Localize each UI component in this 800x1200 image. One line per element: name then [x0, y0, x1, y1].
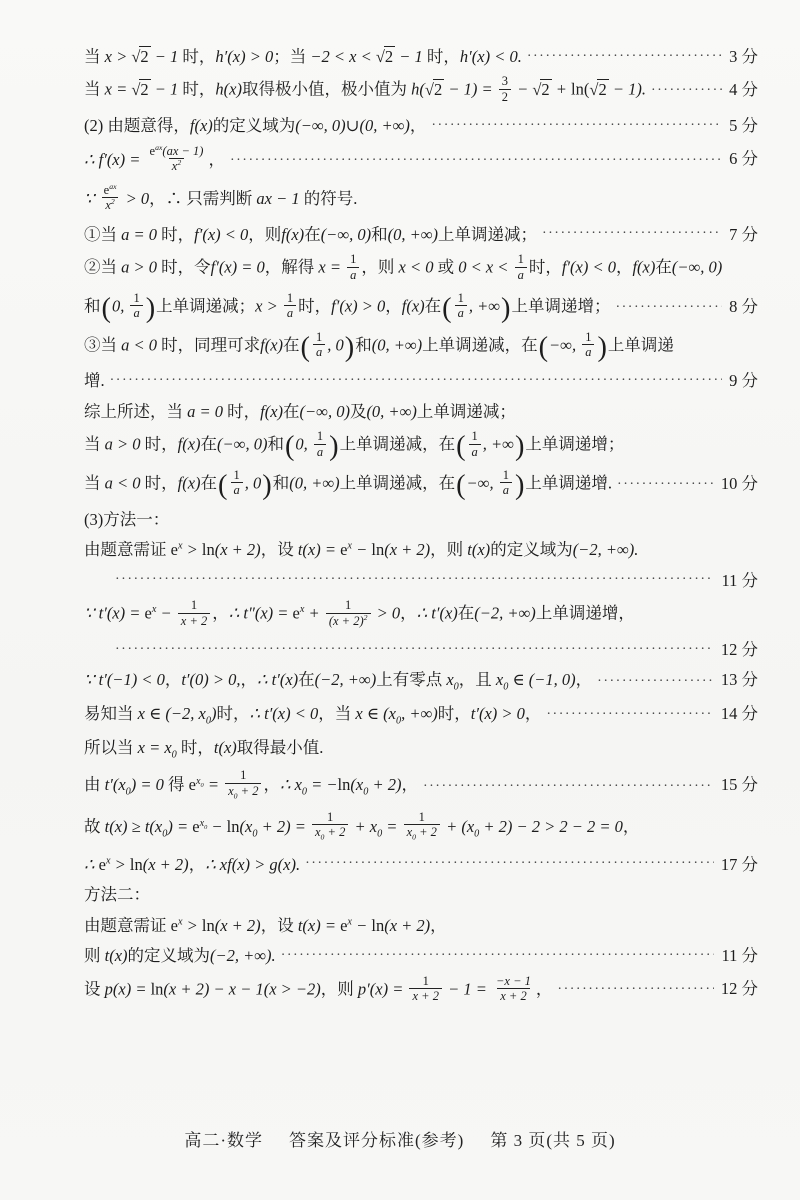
text-run: (0, +∞): [289, 474, 339, 493]
text-run: a < 0: [121, 335, 157, 354]
text-run: 1: [503, 468, 509, 482]
text-run: a: [472, 445, 478, 459]
text-run: ，: [430, 916, 447, 935]
dot-leader: ········································…: [615, 299, 722, 317]
text-run: ，∴ 只需判断: [149, 189, 256, 208]
answer-line: ∴ ex > ln(x + 2)，∴ xf(x) > g(x).········…: [84, 854, 758, 875]
dot-leader: ········································…: [617, 476, 714, 494]
text-run: ∴ x: [280, 775, 302, 794]
text-run: 的符号.: [300, 189, 358, 208]
text-run: −∞,: [549, 335, 580, 354]
text-run: ) =: [167, 817, 192, 836]
dot-leader: ········································…: [542, 225, 722, 243]
line-content: 当 a < 0 时，f(x)在(1a, 0)和(0, +∞)上单调递减，在(−∞…: [84, 470, 612, 500]
dot-leader: ········································…: [423, 778, 714, 796]
answer-line: 所以当 x = x0 时，t(x)取得最小值.: [84, 737, 758, 762]
fraction: 1a: [515, 252, 527, 282]
answer-line: 由题意需证 ex > ln(x + 2)，设 t(x) = ex − ln(x …: [84, 915, 758, 936]
text-run: 时，: [182, 80, 215, 99]
text-run: h′(x) > 0: [215, 47, 273, 66]
text-run: ①当: [84, 225, 121, 244]
text-run: t′(0) > 0,: [181, 670, 240, 689]
big-paren: (: [300, 332, 311, 363]
superscript: ax: [109, 182, 116, 191]
text-run: , +∞): [401, 704, 438, 723]
footer-course: 高二·数学: [184, 1131, 263, 1150]
answer-line: 设 p(x) = ln(x + 2) − x − 1(x > −2)，则 p′(…: [84, 976, 758, 1006]
score-label: 13 分: [719, 669, 758, 690]
answer-line: 当 x = √2 − 1 时，h(x)取得极小值，极小值为 h(√2 − 1) …: [84, 76, 758, 106]
text-run: ∴ t″(x) =: [229, 604, 293, 623]
text-run: 1: [423, 974, 429, 988]
line-content: 当 a > 0 时，f(x)在(−∞, 0)和(0, 1a)上单调递减，在(1a…: [84, 431, 624, 461]
page-footer: 高二·数学答案及评分标准(参考)第 3 页(共 5 页): [0, 1126, 800, 1151]
text-run: 综上所述，当: [84, 402, 187, 421]
text-run: ，设: [261, 540, 298, 559]
text-run: a < 0: [105, 474, 141, 493]
line-content: 当 x > √2 − 1 时，h′(x) > 0；当 −2 < x < √2 −…: [84, 46, 522, 67]
text-run: (2) 由题意得，: [84, 116, 190, 135]
text-run: ∴ xf(x) > g(x).: [205, 855, 300, 874]
text-run: + 2): [368, 775, 401, 794]
text-run: f′(x) > 0: [331, 297, 385, 316]
text-run: 时，: [223, 402, 260, 421]
big-paren: ): [596, 332, 607, 363]
text-run: 由: [84, 775, 105, 794]
text-run: > 0: [122, 189, 150, 208]
text-run: , 0: [327, 335, 344, 354]
text-run: 上单调递减；: [417, 402, 516, 421]
text-run: ，则: [361, 258, 398, 277]
line-content: 由题意需证 ex > ln(x + 2)，设 t(x) = ex − ln(x …: [84, 539, 638, 560]
text-run: (x + 2): [215, 916, 261, 935]
text-run: 1: [327, 810, 333, 824]
text-run: 的定义域为: [213, 116, 296, 135]
score-label: 15 分: [719, 774, 758, 795]
text-run: e: [171, 540, 178, 559]
text-run: ，且: [459, 670, 496, 689]
text-run: 时，: [177, 738, 214, 757]
text-run: 1: [518, 252, 524, 266]
text-run: 1: [317, 429, 323, 443]
text-run: x =: [318, 258, 345, 277]
score-label: 9 分: [727, 370, 758, 391]
score-label: 4 分: [727, 79, 758, 100]
big-paren: (: [538, 332, 549, 363]
text-run: 1: [350, 252, 356, 266]
text-run: h(x): [215, 80, 242, 99]
text-run: − 1) =: [444, 80, 497, 99]
text-run: f(x): [178, 435, 201, 454]
text-run: ∴: [84, 855, 99, 874]
line-content: (2) 由题意得，f(x)的定义域为(−∞, 0)∪(0, +∞)，: [84, 115, 426, 136]
text-run: − 1: [151, 80, 183, 99]
text-run: 的定义域为: [128, 946, 211, 965]
text-run: (3)方法一：: [84, 510, 169, 529]
text-run: (−2, +∞): [315, 670, 377, 689]
text-run: (−∞, 0): [217, 435, 267, 454]
text-run: e: [171, 916, 178, 935]
text-run: ∴ t′(x): [257, 670, 298, 689]
text-run: (x: [240, 817, 253, 836]
line-content: ∵ eaxx2 > 0，∴ 只需判断 ax − 1 的符号.: [84, 185, 357, 215]
text-run: −: [207, 817, 226, 836]
text-run: 由题意需证: [84, 916, 171, 935]
text-run: 上单调递增；: [511, 297, 610, 316]
text-run: + 2: [324, 825, 345, 839]
fraction: 1x + 2: [409, 974, 441, 1004]
text-run: 所以当: [84, 738, 138, 757]
text-run: 时，: [182, 47, 215, 66]
answer-line: 故 t(x) ≥ t(x0) = ex0 − ln(x0 + 2) = 1x0 …: [84, 812, 758, 845]
text-run: (−∞, 0): [672, 258, 722, 277]
text-run: x + 2: [412, 989, 438, 1003]
dot-leader: ········································…: [115, 641, 714, 659]
text-run: 时，: [157, 225, 194, 244]
text-run: 在: [283, 335, 300, 354]
text-run: 和: [267, 435, 284, 454]
text-run: ln: [151, 979, 164, 998]
superscript: ax: [155, 143, 162, 152]
score-label: 14 分: [719, 703, 758, 724]
text-run: ，: [576, 670, 593, 689]
text-run: ，: [525, 704, 542, 723]
big-paren: ): [344, 332, 355, 363]
text-run: ln: [202, 916, 215, 935]
line-content: ∴ ex > ln(x + 2)，∴ xf(x) > g(x).: [84, 854, 300, 875]
line-content: 易知当 x ∈ (−2, x0)时，∴ t′(x) < 0，当 x ∈ (x0,…: [84, 703, 541, 728]
text-run: 在: [201, 435, 218, 454]
big-paren: (: [455, 431, 466, 462]
text-run: a: [317, 445, 323, 459]
text-run: x < 0: [399, 258, 434, 277]
fraction: eax(ax − 1)x2: [147, 144, 207, 174]
text-run: x >: [105, 47, 132, 66]
text-run: , 0: [245, 474, 262, 493]
text-run: a = 0: [187, 402, 223, 421]
answer-line: ∵ t′(−1) < 0，t′(0) > 0,，∴ t′(x)在(−2, +∞)…: [84, 669, 758, 694]
fraction: 1(x + 2)2: [326, 598, 371, 628]
big-paren: (: [284, 431, 295, 462]
text-run: 当: [84, 474, 105, 493]
answer-line: ②当 a > 0 时，令f′(x) = 0，解得 x = 1a，则 x < 0 …: [84, 254, 758, 284]
text-run: −x − 1: [496, 974, 531, 988]
dot-leader: ········································…: [546, 706, 713, 724]
answer-line: ∴ f′(x) = eax(ax − 1)x2，················…: [84, 146, 758, 176]
text-run: ，解得: [265, 258, 319, 277]
big-paren: ): [514, 431, 525, 462]
text-run: (x + 2): [143, 855, 189, 874]
text-run: 上单调递减，在: [422, 335, 538, 354]
text-run: 0,: [112, 297, 129, 316]
text-run: − 1 =: [444, 979, 491, 998]
line-content: 则 t(x)的定义域为(−2, +∞).: [84, 945, 276, 966]
text-run: 上单调递: [608, 335, 674, 354]
text-run: a > 0: [105, 435, 141, 454]
text-run: 上单调递增，: [536, 604, 635, 623]
text-run: −: [513, 80, 532, 99]
text-run: 取得极小值，极小值为: [242, 80, 411, 99]
text-run: 时，: [298, 297, 331, 316]
answer-body: 当 x > √2 − 1 时，h′(x) > 0；当 −2 < x < √2 −…: [0, 0, 800, 1005]
fraction: 1a: [314, 429, 326, 459]
line-content: ③当 a < 0 时，同理可求f(x)在(1a, 0)和(0, +∞)上单调递减…: [84, 332, 674, 362]
score-label: 11 分: [719, 570, 758, 591]
superscript: 2: [364, 613, 368, 622]
sqrt-radical: √2: [425, 80, 444, 99]
text-run: , +∞: [483, 435, 514, 454]
text-run: x = x: [138, 738, 172, 757]
answer-line: 综上所述，当 a = 0 时，f(x)在(−∞, 0)及(0, +∞)上单调递减…: [84, 401, 758, 422]
text-run: 和: [273, 474, 290, 493]
text-run: ，: [401, 775, 418, 794]
text-run: 时，: [141, 474, 178, 493]
text-run: f′(x) < 0: [562, 258, 616, 277]
text-run: ，: [263, 775, 280, 794]
text-run: ，: [212, 604, 229, 623]
text-run: −: [156, 604, 175, 623]
text-run: (0, +∞): [388, 225, 438, 244]
text-run: = −: [307, 775, 338, 794]
text-run: (x: [350, 775, 363, 794]
fraction: 1a: [284, 291, 296, 321]
text-run: 上单调递减，在: [340, 435, 456, 454]
big-paren: (: [455, 470, 466, 501]
text-run: + 2: [416, 825, 437, 839]
text-run: 1: [419, 810, 425, 824]
text-run: ∵ t′(−1) < 0: [84, 670, 165, 689]
text-run: + (x: [442, 817, 474, 836]
text-run: 上单调递减；: [438, 225, 537, 244]
text-run: 的定义域为: [490, 540, 573, 559]
text-run: 和: [84, 297, 101, 316]
text-run: 时，: [216, 704, 249, 723]
dot-leader: ········································…: [597, 673, 714, 691]
fraction: 1x0 + 2: [404, 810, 440, 843]
text-run: x >: [255, 297, 282, 316]
text-run: + 2) =: [257, 817, 310, 836]
score-label: 11 分: [719, 945, 758, 966]
text-run: (−2, +∞).: [210, 946, 276, 965]
text-run: e: [192, 817, 199, 836]
text-run: 故: [84, 817, 105, 836]
text-run: t(x): [105, 946, 128, 965]
text-run: =: [382, 817, 401, 836]
line-content: 由 t′(x0) = 0 得 ex0 = 1x0 + 2，∴ x0 = −ln(…: [84, 770, 418, 803]
text-run: ，: [385, 297, 402, 316]
fraction: 1a: [313, 330, 325, 360]
text-run: f(x): [260, 335, 283, 354]
text-run: 时，: [141, 435, 178, 454]
text-run: (−∞, 0): [321, 225, 371, 244]
text-run: ax − 1: [256, 189, 299, 208]
text-run: (x + 2): [384, 916, 430, 935]
text-run: 在: [304, 225, 321, 244]
text-run: f(x): [190, 116, 213, 135]
text-run: ln: [371, 540, 384, 559]
text-run: ，: [410, 116, 427, 135]
line-content: (3)方法一：: [84, 509, 169, 530]
answer-line: ········································…: [84, 639, 758, 660]
text-run: ∵: [84, 189, 99, 208]
text-run: ∈ (−1, 0): [508, 670, 575, 689]
answer-line: ①当 a = 0 时，f′(x) < 0，则f(x)在(−∞, 0)和(0, +…: [84, 224, 758, 245]
text-run: 由题意需证: [84, 540, 171, 559]
text-run: (−∞, 0): [300, 402, 350, 421]
text-run: 时，: [427, 47, 460, 66]
text-run: 2: [502, 90, 508, 104]
text-run: − 1).: [609, 80, 646, 99]
score-label: 5 分: [727, 115, 758, 136]
answer-line: 易知当 x ∈ (−2, x0)时，∴ t′(x) < 0，当 x ∈ (x0,…: [84, 703, 758, 728]
dot-leader: ········································…: [527, 48, 722, 66]
text-run: 在: [425, 297, 442, 316]
text-run: h′(x) < 0.: [460, 47, 522, 66]
superscript: 2: [111, 197, 115, 206]
score-label: 12 分: [719, 639, 758, 660]
text-run: ③当: [84, 335, 121, 354]
text-run: ∴ t′(x): [417, 604, 458, 623]
text-run: 1: [585, 330, 591, 344]
text-run: 当: [84, 435, 105, 454]
text-run: a: [585, 345, 591, 359]
fraction: 32: [499, 74, 511, 104]
text-run: f(x): [260, 402, 283, 421]
text-run: x: [446, 670, 453, 689]
footer-page-number: 第 3 页(共 5 页): [490, 1131, 615, 1150]
text-run: x =: [105, 80, 132, 99]
text-run: f(x): [178, 474, 201, 493]
text-run: ln: [338, 775, 351, 794]
line-content: 当 x = √2 − 1 时，h(x)取得极小值，极小值为 h(√2 − 1) …: [84, 76, 646, 106]
line-content: ∵ t′(−1) < 0，t′(0) > 0,，∴ t′(x)在(−2, +∞)…: [84, 669, 592, 694]
text-run: 时，: [438, 704, 471, 723]
answer-line: ∵ eaxx2 > 0，∴ 只需判断 ax − 1 的符号.: [84, 185, 758, 215]
fraction: 1a: [455, 291, 467, 321]
text-run: 时，: [529, 258, 562, 277]
text-run: −: [352, 540, 371, 559]
text-run: ln: [227, 817, 240, 836]
text-run: 上单调递减，在: [340, 474, 456, 493]
text-run: 1: [458, 291, 464, 305]
text-run: +: [304, 604, 323, 623]
text-run: (x + 2): [329, 614, 364, 628]
big-paren: ): [145, 293, 156, 324]
line-content: ∵ t′(x) = ex − 1x + 2，∴ t″(x) = ex + 1(x…: [84, 600, 635, 630]
text-run: a: [133, 306, 139, 320]
text-run: 在: [655, 258, 672, 277]
dot-leader: ········································…: [305, 855, 714, 873]
line-content: 所以当 x = x0 时，t(x)取得最小值.: [84, 737, 323, 762]
fraction: 1a: [231, 468, 243, 498]
text-run: 时，同理可求: [157, 335, 260, 354]
text-run: (−2, +∞): [474, 604, 536, 623]
text-run: 增.: [84, 371, 105, 390]
text-run: ，: [536, 979, 553, 998]
fraction: 1a: [347, 252, 359, 282]
text-run: ，: [208, 149, 225, 168]
text-run: a: [503, 483, 509, 497]
answer-line: 当 x > √2 − 1 时，h′(x) > 0；当 −2 < x < √2 −…: [84, 46, 758, 67]
big-paren: ): [261, 470, 272, 501]
text-run: ln: [202, 540, 215, 559]
text-run: ∵ t′(x) =: [84, 604, 145, 623]
text-run: + 2: [238, 784, 259, 798]
text-run: a: [316, 345, 322, 359]
answer-line: 当 a < 0 时，f(x)在(1a, 0)和(0, +∞)上单调递减，在(−∞…: [84, 470, 758, 500]
text-run: (x + 2): [215, 540, 261, 559]
dot-leader: ········································…: [431, 117, 722, 135]
text-run: ，: [189, 855, 206, 874]
text-run: e: [145, 604, 152, 623]
text-run: =: [204, 775, 223, 794]
text-run: 当: [84, 47, 105, 66]
text-run: x + 2: [181, 614, 207, 628]
text-run: f(x): [632, 258, 655, 277]
text-run: p(x) =: [105, 979, 151, 998]
text-run: 在: [201, 474, 218, 493]
text-run: (0, +∞): [366, 402, 416, 421]
score-label: 8 分: [727, 296, 758, 317]
line-content: ∴ f′(x) = eax(ax − 1)x2，: [84, 146, 225, 176]
text-run: 设: [84, 979, 105, 998]
text-run: f′(x) = 0: [211, 258, 265, 277]
line-content: 方法二：: [84, 884, 150, 905]
line-content: ①当 a = 0 时，f′(x) < 0，则f(x)在(−∞, 0)和(0, +…: [84, 224, 537, 245]
text-run: ∴ t′(x) < 0: [249, 704, 318, 723]
line-content: 由题意需证 ex > ln(x + 2)，设 t(x) = ex − ln(x …: [84, 915, 447, 936]
line-content: 和(0, 1a)上单调递减；x > 1a时，f′(x) > 0，f(x)在(1a…: [84, 293, 610, 323]
text-run: ，: [616, 258, 633, 277]
text-run: 上单调递减；: [156, 297, 255, 316]
text-run: a: [350, 268, 356, 282]
sqrt-radical: √2: [131, 47, 150, 66]
big-paren: (: [441, 293, 452, 324]
score-label: 6 分: [727, 148, 758, 169]
superscript: 2: [177, 158, 181, 167]
fraction: 1a: [582, 330, 594, 360]
text-run: 当: [84, 80, 105, 99]
text-run: 易知当: [84, 704, 138, 723]
text-run: > 0: [373, 604, 401, 623]
superscript: x0: [196, 776, 204, 787]
text-run: (0, +∞): [372, 335, 422, 354]
fraction: 1x + 2: [178, 598, 210, 628]
text-run: t(x) =: [298, 916, 340, 935]
text-run: ，则: [430, 540, 467, 559]
fraction: eaxx2: [101, 183, 120, 213]
fraction: 1x0 + 2: [312, 810, 348, 843]
text-run: ，: [400, 604, 417, 623]
text-run: ，当: [318, 704, 355, 723]
text-run: 和: [355, 335, 372, 354]
answer-line: 和(0, 1a)上单调递减；x > 1a时，f′(x) > 0，f(x)在(1a…: [84, 293, 758, 323]
text-run: a: [458, 306, 464, 320]
scanned-page: 当 x > √2 − 1 时，h′(x) > 0；当 −2 < x < √2 −…: [0, 0, 800, 1200]
fraction: 1a: [500, 468, 512, 498]
footer-doc-title: 答案及评分标准(参考): [289, 1131, 464, 1150]
text-run: ；当: [273, 47, 310, 66]
line-content: 综上所述，当 a = 0 时，f(x)在(−∞, 0)及(0, +∞)上单调递减…: [84, 401, 516, 422]
text-run: 时，令: [157, 258, 211, 277]
big-paren: (: [217, 470, 228, 501]
dot-leader: ········································…: [557, 981, 713, 999]
text-run: 取得最小值.: [237, 738, 324, 757]
text-run: e: [189, 775, 196, 794]
sqrt-radical: √2: [589, 80, 608, 99]
dot-leader: ········································…: [110, 372, 723, 390]
big-paren: (: [101, 293, 112, 324]
